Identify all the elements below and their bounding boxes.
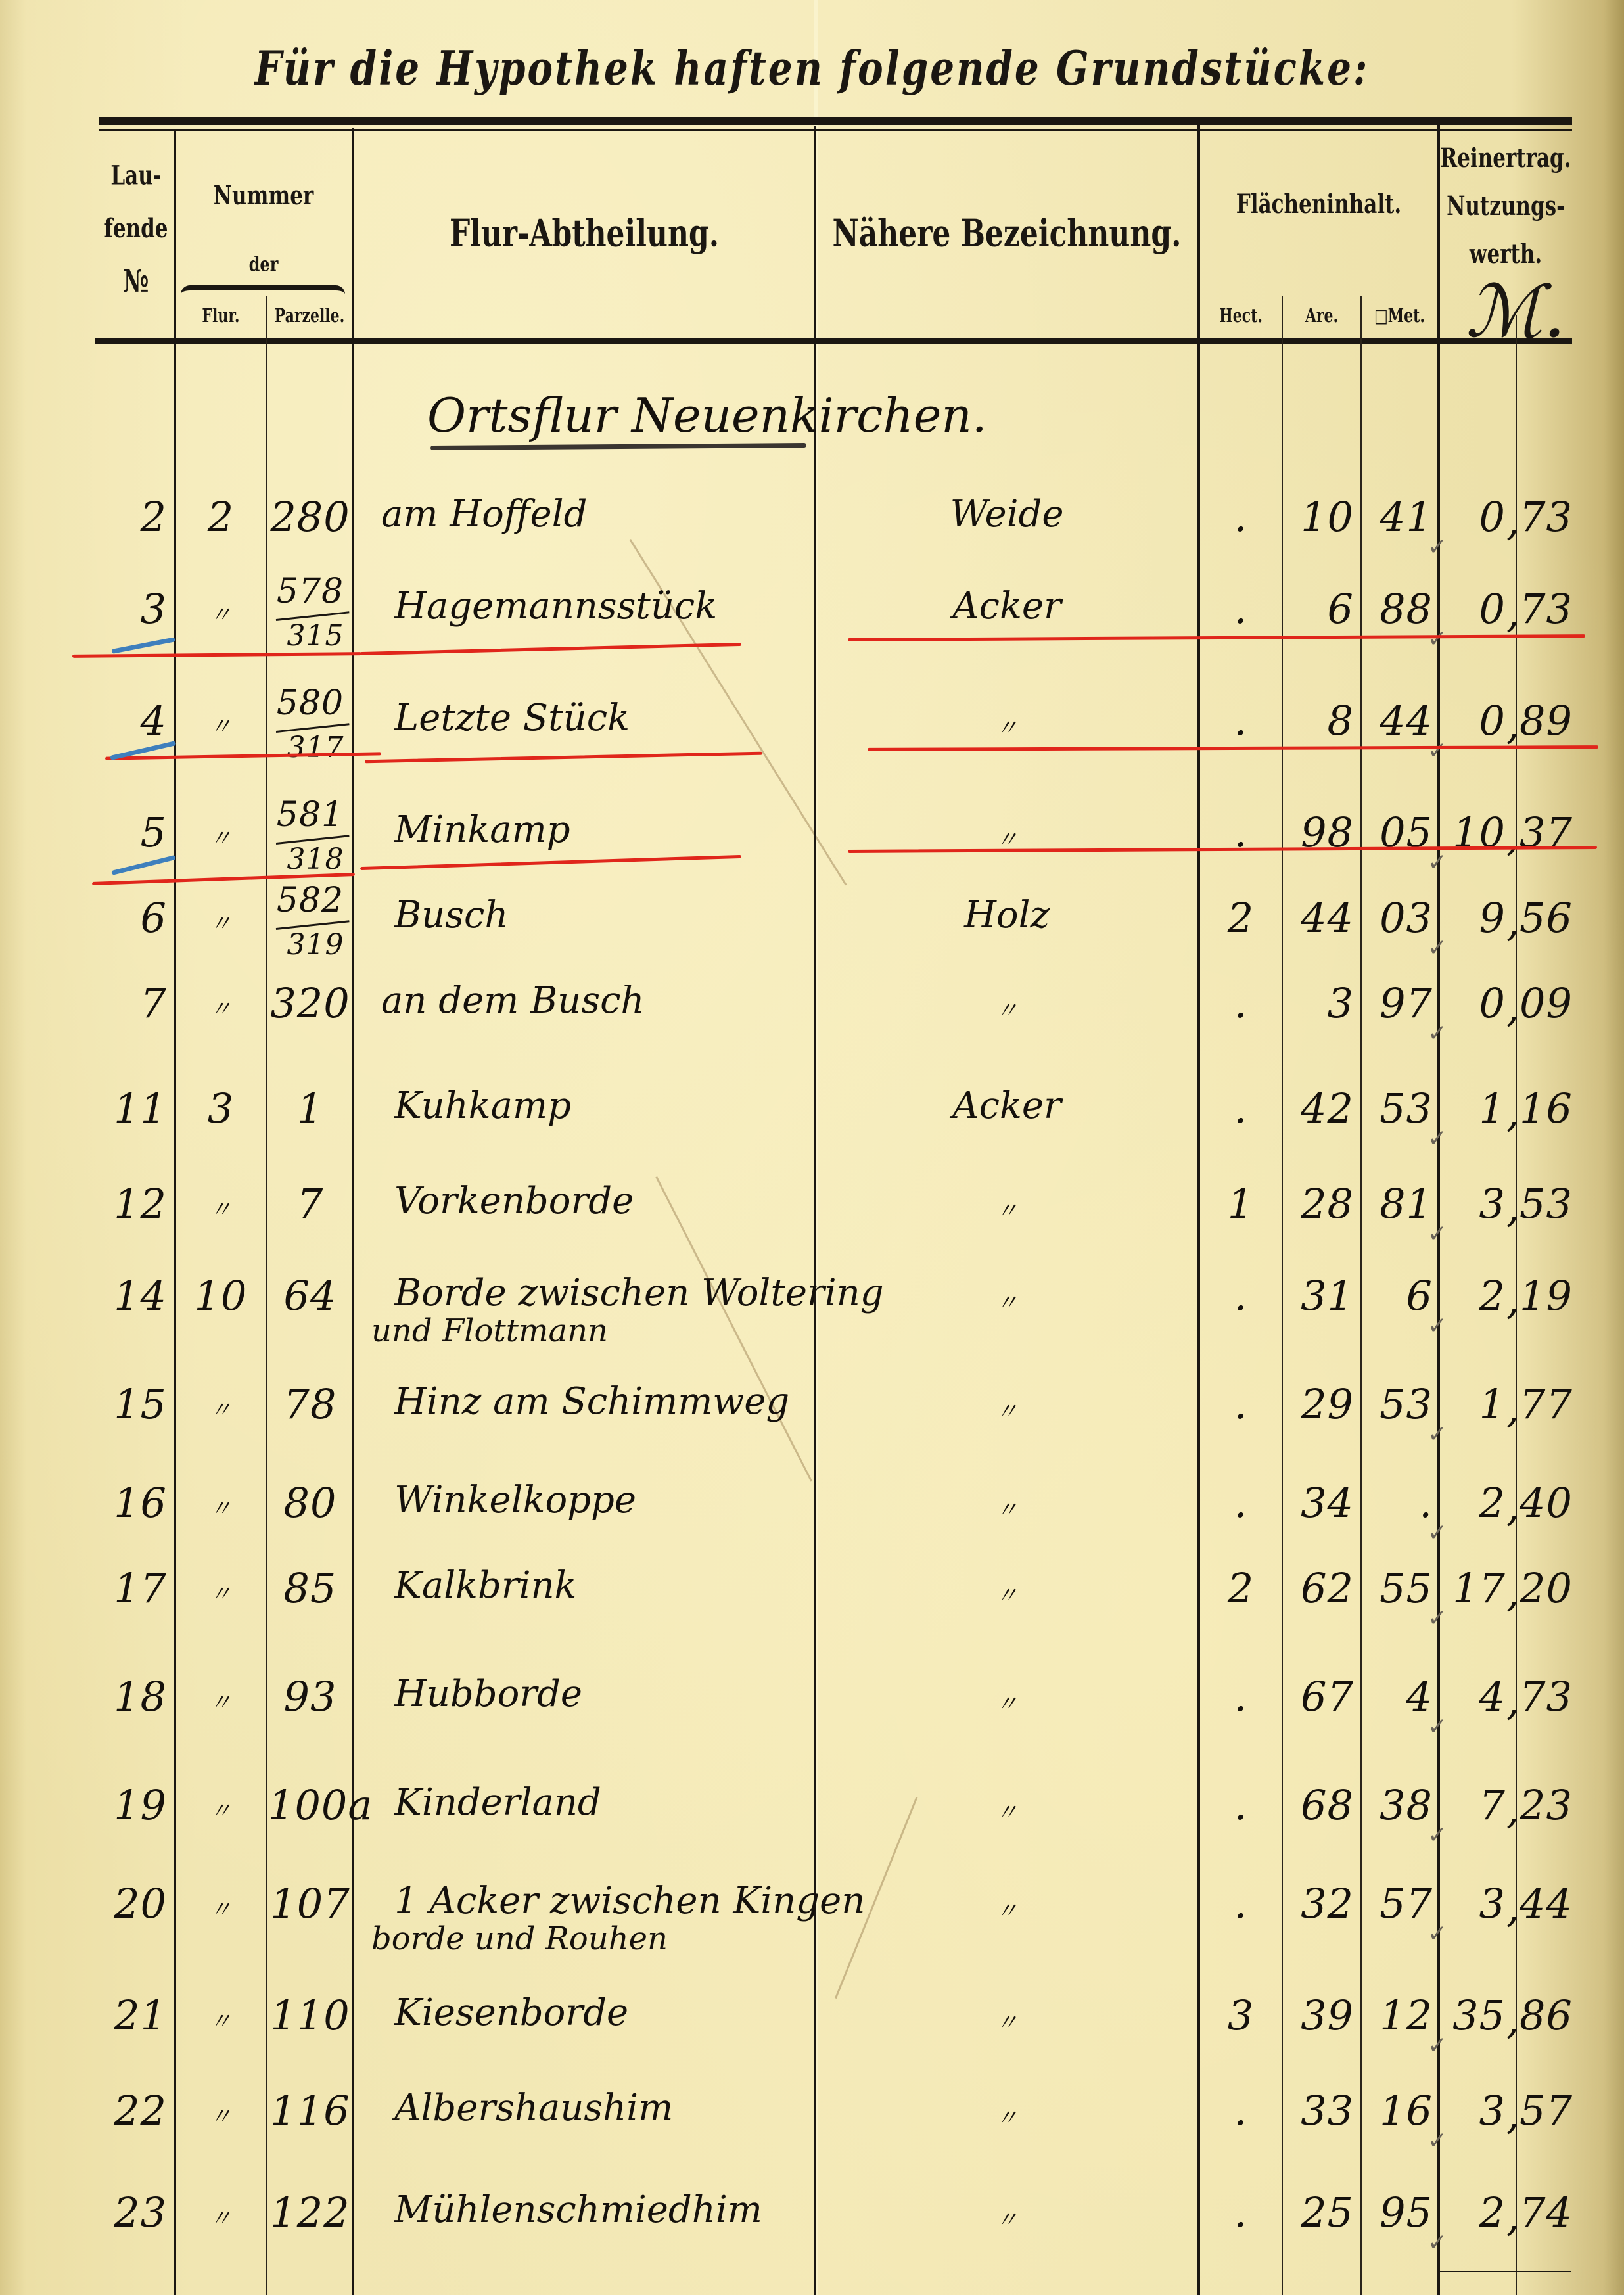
row-flur-abtheilung: Kiesenborde <box>394 1991 628 2034</box>
row-flur-abtheilung: Vorkenborde <box>394 1180 634 1222</box>
row-reinertrag-comma: , <box>1506 2091 1520 2139</box>
row-are: 32 <box>1283 1880 1354 1928</box>
row-flur: 〃 <box>176 1564 266 1608</box>
row-reinertrag-pf: 09 <box>1520 979 1573 1027</box>
row-reinertrag-mark: 2 <box>1440 1479 1506 1527</box>
row-laufende-nr: 7 <box>99 979 167 1027</box>
row-flur: 〃 <box>176 1380 266 1424</box>
row-reinertrag-mark: 3 <box>1440 1180 1506 1228</box>
row-are: 3 <box>1283 979 1354 1027</box>
row-flur: 3 <box>176 1084 266 1132</box>
row-reinertrag-comma: , <box>1506 497 1520 545</box>
row-hect: . <box>1200 979 1282 1027</box>
row-reinertrag-comma: , <box>1506 1884 1520 1932</box>
row-are: 34 <box>1283 1479 1354 1527</box>
row-parzelle: 80 <box>268 1479 352 1527</box>
row-qmeter: . <box>1362 1479 1433 1527</box>
row-flur-abtheilung: Albershaushim <box>394 2087 673 2129</box>
row-parzelle: 1 <box>268 1084 352 1132</box>
header-reinertrag: Reinertrag. Nutzungs- werth. <box>1440 135 1571 278</box>
row-reinertrag-mark: 1 <box>1440 1084 1506 1132</box>
row-hect: . <box>1200 2189 1282 2237</box>
row-parzelle: 581 <box>268 795 352 835</box>
row-reinertrag-mark: 4 <box>1440 1673 1506 1721</box>
row-flur: 〃 <box>176 697 266 741</box>
row-laufende-nr: 23 <box>99 2189 167 2237</box>
row-parzelle: 122 <box>268 2189 352 2237</box>
row-reinertrag-mark: 35 <box>1440 1991 1506 2039</box>
row-reinertrag-mark: 0 <box>1440 585 1506 633</box>
blue-mark-row3 <box>111 637 175 654</box>
row-qmeter: 55 <box>1362 1564 1433 1612</box>
row-flur-abtheilung-line2: borde und Rouhen <box>371 1920 668 1957</box>
strike-line-row3-mid <box>360 643 741 655</box>
row-reinertrag-comma: , <box>1506 589 1520 637</box>
row-flur: 〃 <box>176 1991 266 2035</box>
row-reinertrag-comma: , <box>1506 1088 1520 1136</box>
row-flur-abtheilung: 1 Acker zwischen Kingen <box>394 1880 865 1922</box>
row-parzelle: 580 <box>268 684 352 723</box>
row-are: 39 <box>1283 1991 1354 2039</box>
row-flur-abtheilung: Kinderland <box>394 1781 601 1824</box>
row-hect: 2 <box>1200 1564 1282 1612</box>
row-reinertrag-pf: 77 <box>1520 1380 1573 1428</box>
header-top-rule <box>99 117 1572 125</box>
row-qmeter: 4 <box>1362 1673 1433 1721</box>
row-flur-abtheilung: an dem Busch <box>381 979 645 1022</box>
row-hect: . <box>1200 697 1282 745</box>
header-reinertrag-line2: Nutzungs- <box>1440 183 1571 231</box>
row-reinertrag-pf: 23 <box>1520 1781 1573 1829</box>
header-bottom-rule <box>95 338 1572 344</box>
row-naehere-bezeichnung: 〃 <box>816 1794 1197 1826</box>
row-reinertrag-mark: 2 <box>1440 2189 1506 2237</box>
row-flur-abtheilung: Winkelkoppe <box>394 1479 636 1521</box>
row-flur: 〃 <box>176 1180 266 1224</box>
row-hect: . <box>1200 1084 1282 1132</box>
row-qmeter: 41 <box>1362 493 1433 541</box>
header-sub-are: Are. <box>1283 305 1360 327</box>
row-naehere-bezeichnung: 〃 <box>816 1393 1197 1426</box>
row-reinertrag-comma: , <box>1506 1184 1520 1232</box>
header-flaecheninhalt: Flächeninhalt. <box>1200 178 1437 231</box>
row-laufende-nr: 12 <box>99 1180 167 1228</box>
row-reinertrag-comma: , <box>1506 812 1520 860</box>
row-flur: 〃 <box>176 585 266 629</box>
row-naehere-bezeichnung: 〃 <box>816 1577 1197 1610</box>
row-reinertrag-pf: 74 <box>1520 2189 1573 2237</box>
row-qmeter: 53 <box>1362 1380 1433 1428</box>
row-reinertrag-mark: 0 <box>1440 493 1506 541</box>
row-hect: . <box>1200 1479 1282 1527</box>
header-nummer: Nummer der <box>176 162 351 298</box>
row-qmeter: 44 <box>1362 697 1433 745</box>
row-reinertrag-pf: 73 <box>1520 585 1573 633</box>
row-qmeter: 81 <box>1362 1180 1433 1228</box>
row-laufende-nr: 15 <box>99 1380 167 1428</box>
row-reinertrag-comma: , <box>1506 983 1520 1031</box>
row-laufende-nr: 22 <box>99 2087 167 2135</box>
row-parzelle-new: 317 <box>276 731 355 764</box>
row-reinertrag-mark: 1 <box>1440 1380 1506 1428</box>
row-reinertrag-pf: 86 <box>1520 1991 1573 2039</box>
row-flur-abtheilung: Hinz am Schimmweg <box>394 1380 789 1423</box>
row-parzelle: 64 <box>268 1272 352 1320</box>
row-are: 8 <box>1283 697 1354 745</box>
row-reinertrag-comma: , <box>1506 1568 1520 1616</box>
row-flur-abtheilung: Borde zwischen Woltering <box>394 1272 884 1314</box>
header-laufende-line3: № <box>99 255 174 308</box>
row-reinertrag-mark: 9 <box>1440 894 1506 942</box>
paper-crease <box>655 1176 812 1482</box>
row-reinertrag-mark: 0 <box>1440 979 1506 1027</box>
row-hect: 1 <box>1200 1180 1282 1228</box>
header-sub-qmet: □Met. <box>1362 305 1437 327</box>
row-laufende-nr: 20 <box>99 1880 167 1928</box>
row-parzelle-new: 319 <box>276 928 355 962</box>
row-laufende-nr: 3 <box>99 585 167 633</box>
row-naehere-bezeichnung: 〃 <box>816 2100 1197 2132</box>
header-sub-hect: Hect. <box>1200 305 1282 327</box>
row-parzelle: 280 <box>268 493 352 541</box>
row-hect: . <box>1200 1380 1282 1428</box>
row-naehere-bezeichnung: 〃 <box>816 1893 1197 1925</box>
row-naehere-bezeichnung: 〃 <box>816 1193 1197 1225</box>
row-are: 67 <box>1283 1673 1354 1721</box>
header-laufende: Lau- fende № <box>99 149 174 308</box>
row-qmeter: 03 <box>1362 894 1433 942</box>
row-naehere-bezeichnung: Acker <box>816 1084 1197 1127</box>
header-nummer-line1: Nummer <box>176 162 351 230</box>
row-naehere-bezeichnung: 〃 <box>816 992 1197 1025</box>
row-parzelle: 78 <box>268 1380 352 1428</box>
row-laufende-nr: 18 <box>99 1673 167 1721</box>
strike-line-row4-right <box>868 745 1598 751</box>
row-parzelle: 582 <box>268 881 352 920</box>
row-reinertrag-pf: 16 <box>1520 1084 1573 1132</box>
row-reinertrag-pf: 73 <box>1520 1673 1573 1721</box>
row-flur: 〃 <box>176 1880 266 1924</box>
row-reinertrag-comma: , <box>1506 701 1520 749</box>
row-parzelle: 320 <box>268 979 352 1027</box>
row-reinertrag-comma: , <box>1506 1995 1520 2043</box>
blue-mark-row5 <box>111 855 176 875</box>
row-reinertrag-mark: 2 <box>1440 1272 1506 1320</box>
row-flur-abtheilung: am Hoffeld <box>381 493 587 536</box>
row-parzelle-new: 315 <box>276 619 355 653</box>
row-reinertrag-comma: , <box>1506 1483 1520 1531</box>
row-flur: 2 <box>176 493 266 541</box>
row-flur: 〃 <box>176 979 266 1023</box>
row-flur-abtheilung: Hubborde <box>394 1673 582 1715</box>
row-reinertrag-pf: 57 <box>1520 2087 1573 2135</box>
row-flur-abtheilung: Letzte Stück <box>394 697 630 739</box>
row-flur-abtheilung-line2: und Flottmann <box>371 1312 608 1349</box>
row-parzelle: 107 <box>268 1880 352 1928</box>
row-flur: 〃 <box>176 2087 266 2131</box>
row-parzelle: 93 <box>268 1673 352 1721</box>
header-reinertrag-line1: Reinertrag. <box>1440 135 1571 183</box>
row-laufende-nr: 21 <box>99 1991 167 2039</box>
row-are: 68 <box>1283 1781 1354 1829</box>
strike-line-row3-right <box>848 634 1585 641</box>
row-laufende-nr: 19 <box>99 1781 167 1829</box>
row-parzelle: 7 <box>268 1180 352 1228</box>
row-flur: 〃 <box>176 2189 266 2233</box>
row-parzelle: 100a <box>268 1781 352 1829</box>
row-flur-abtheilung: Kalkbrink <box>394 1564 577 1607</box>
row-are: 28 <box>1283 1180 1354 1228</box>
row-naehere-bezeichnung: 〃 <box>816 1492 1197 1524</box>
row-are: 44 <box>1283 894 1354 942</box>
header-sub-parzelle: Parzelle. <box>267 305 352 327</box>
row-reinertrag-mark: 3 <box>1440 2087 1506 2135</box>
row-flur-abtheilung: Mühlenschmiedhim <box>394 2189 762 2231</box>
header-top-rule-thin <box>99 129 1572 131</box>
row-laufende-nr: 4 <box>99 697 167 745</box>
row-laufende-nr: 11 <box>99 1084 167 1132</box>
row-reinertrag-comma: , <box>1506 2192 1520 2240</box>
row-qmeter: 12 <box>1362 1991 1433 2039</box>
row-parzelle: 578 <box>268 572 352 611</box>
row-reinertrag-comma: , <box>1506 898 1520 946</box>
row-reinertrag-pf: 40 <box>1520 1479 1573 1527</box>
row-qmeter: 97 <box>1362 979 1433 1027</box>
header-laufende-line2: fende <box>99 202 174 256</box>
row-are: 25 <box>1283 2189 1354 2237</box>
row-naehere-bezeichnung: Holz <box>816 894 1197 937</box>
row-naehere-bezeichnung: 〃 <box>816 1686 1197 1718</box>
row-reinertrag-comma: , <box>1506 1677 1520 1725</box>
sum-rule <box>1439 2271 1571 2272</box>
row-naehere-bezeichnung: 〃 <box>816 1285 1197 1317</box>
row-hect: . <box>1200 1673 1282 1721</box>
row-flur: 〃 <box>176 894 266 938</box>
header-nummer-brace <box>181 285 345 297</box>
row-reinertrag-comma: , <box>1506 1384 1520 1432</box>
row-are: 62 <box>1283 1564 1354 1612</box>
row-flur: 〃 <box>176 1781 266 1825</box>
row-naehere-bezeichnung: 〃 <box>816 710 1197 742</box>
row-hect: . <box>1200 1272 1282 1320</box>
row-hect: . <box>1200 1781 1282 1829</box>
row-naehere-bezeichnung: Weide <box>816 493 1197 536</box>
row-reinertrag-mark: 17 <box>1440 1564 1506 1612</box>
row-qmeter: 38 <box>1362 1781 1433 1829</box>
strike-line-row4-mid <box>365 752 762 764</box>
row-reinertrag-pf: 53 <box>1520 1180 1573 1228</box>
row-laufende-nr: 17 <box>99 1564 167 1612</box>
row-are: 6 <box>1283 585 1354 633</box>
row-are: 29 <box>1283 1380 1354 1428</box>
row-laufende-nr: 5 <box>99 808 167 856</box>
row-flur: 〃 <box>176 1479 266 1523</box>
row-are: 10 <box>1283 493 1354 541</box>
row-are: 31 <box>1283 1272 1354 1320</box>
page-title: Für die Hypothek haften folgende Grundst… <box>0 41 1624 97</box>
row-reinertrag-pf: 19 <box>1520 1272 1573 1320</box>
row-hect: 2 <box>1200 894 1282 942</box>
row-qmeter: 57 <box>1362 1880 1433 1928</box>
strike-line-row5-mid <box>360 855 741 870</box>
row-qmeter: 95 <box>1362 2189 1433 2237</box>
row-are: 33 <box>1283 2087 1354 2135</box>
row-laufende-nr: 2 <box>99 493 167 541</box>
row-reinertrag-pf: 73 <box>1520 493 1573 541</box>
row-flur-abtheilung: Minkamp <box>394 808 570 851</box>
row-reinertrag-comma: , <box>1506 1785 1520 1833</box>
row-reinertrag-pf: 89 <box>1520 697 1573 745</box>
row-naehere-bezeichnung: Acker <box>816 585 1197 628</box>
row-parzelle: 85 <box>268 1564 352 1612</box>
header-laufende-line1: Lau- <box>99 149 174 202</box>
location-heading-underline <box>430 443 806 450</box>
row-reinertrag-pf: 56 <box>1520 894 1573 942</box>
row-qmeter: 88 <box>1362 585 1433 633</box>
row-hect: . <box>1200 493 1282 541</box>
row-laufende-nr: 14 <box>99 1272 167 1320</box>
row-reinertrag-pf: 44 <box>1520 1880 1573 1928</box>
header-mark-symbol: ℳ. <box>1466 269 1566 354</box>
row-flur-abtheilung: Kuhkamp <box>394 1084 571 1127</box>
row-flur: 〃 <box>176 808 266 852</box>
row-qmeter: 53 <box>1362 1084 1433 1132</box>
row-laufende-nr: 6 <box>99 894 167 942</box>
row-are: 42 <box>1283 1084 1354 1132</box>
row-parzelle: 110 <box>268 1991 352 2039</box>
row-hect: . <box>1200 585 1282 633</box>
col-divider-flur <box>266 296 267 2295</box>
header-naehere-bezeichnung: Nähere Bezeichnung. <box>816 212 1197 255</box>
row-hect: 3 <box>1200 1991 1282 2039</box>
row-flur-abtheilung: Hagemannsstück <box>394 585 717 628</box>
row-hect: . <box>1200 1880 1282 1928</box>
row-flur-abtheilung: Busch <box>394 894 508 937</box>
header-sub-flur: Flur. <box>176 305 266 327</box>
location-heading: Ortsflur Neuenkirchen. <box>427 388 987 443</box>
row-reinertrag-mark: 3 <box>1440 1880 1506 1928</box>
row-reinertrag-pf: 20 <box>1520 1564 1573 1612</box>
row-parzelle: 116 <box>268 2087 352 2135</box>
row-qmeter: 6 <box>1362 1272 1433 1320</box>
row-reinertrag-mark: 7 <box>1440 1781 1506 1829</box>
row-naehere-bezeichnung: 〃 <box>816 2005 1197 2037</box>
row-qmeter: 16 <box>1362 2087 1433 2135</box>
row-flur: 10 <box>176 1272 266 1320</box>
row-parzelle-new: 318 <box>276 843 355 876</box>
row-reinertrag-mark: 0 <box>1440 697 1506 745</box>
row-hect: . <box>1200 2087 1282 2135</box>
row-naehere-bezeichnung: 〃 <box>816 2202 1197 2234</box>
row-reinertrag-comma: , <box>1506 1276 1520 1324</box>
header-flur-abtheilung: Flur-Abtheilung. <box>355 212 814 255</box>
row-flur: 〃 <box>176 1673 266 1717</box>
row-laufende-nr: 16 <box>99 1479 167 1527</box>
